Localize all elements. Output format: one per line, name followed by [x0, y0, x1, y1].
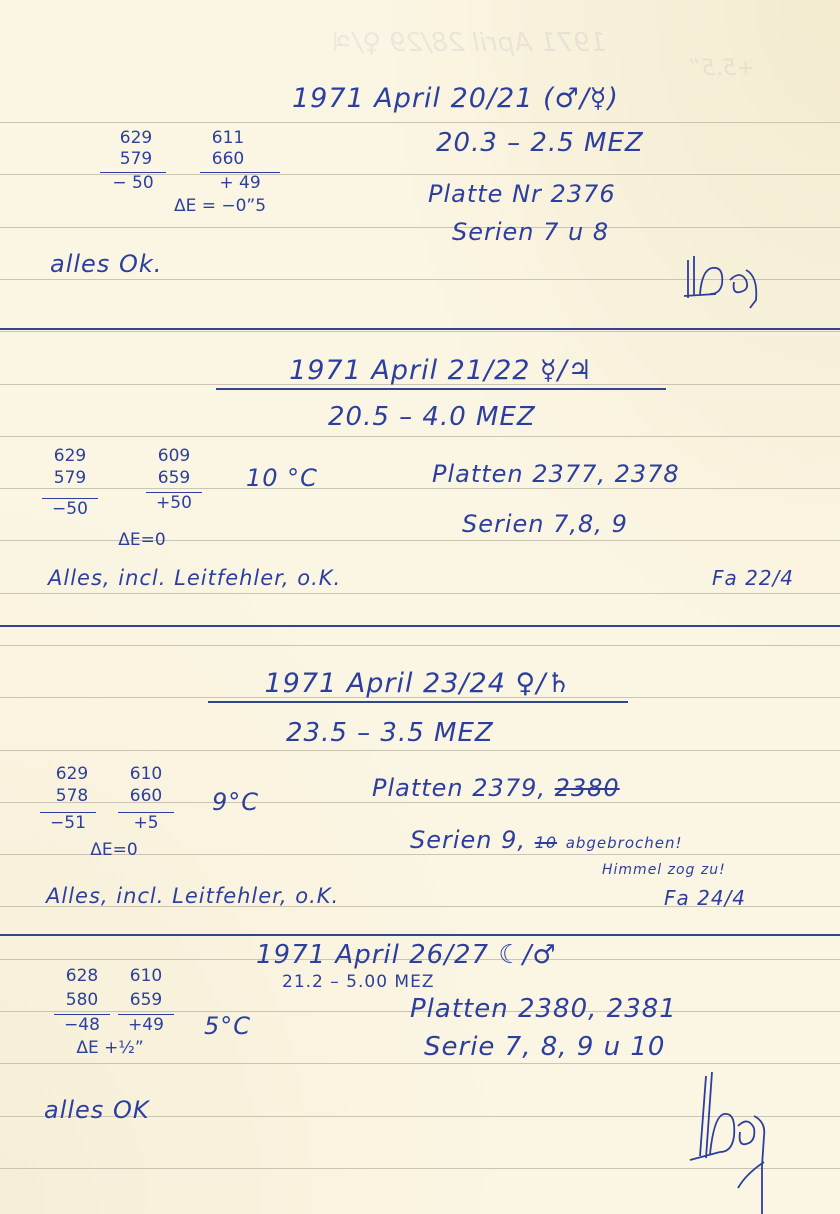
plate-number-text: Platten 2379, [372, 774, 546, 802]
plate-number: Platten 2380, 2381 [410, 994, 677, 1024]
entry-remark: Alles, incl. Leitfehler, o.K. [48, 566, 341, 590]
ruled-line [0, 593, 840, 594]
calc-value: 611 [200, 128, 256, 149]
series-list: Serien 7,8, 9 [462, 510, 628, 538]
temperature: 9°C [212, 788, 259, 816]
notebook-page: 1971 April 28/29 ♀/♃ +5.5” 1971 April 20… [0, 0, 840, 1214]
entry-remark: alles OK [44, 1096, 150, 1124]
entry-divider [0, 328, 840, 330]
plate-number: Platten 2377, 2378 [432, 460, 680, 488]
delta-e: ΔE +½” [70, 1038, 150, 1059]
entry-time: 21.2 – 5.00 MEZ [282, 972, 434, 992]
calc-value: 659 [146, 468, 202, 489]
calc-value: 610 [118, 764, 174, 785]
calc-value: +49 [118, 1014, 174, 1036]
calc-value: + 49 [200, 172, 280, 194]
calc-value: 578 [44, 786, 100, 807]
ruled-line [0, 436, 840, 437]
entry-time: 20.5 – 4.0 MEZ [328, 402, 536, 432]
ruled-line [0, 645, 840, 646]
calc-value: 610 [118, 966, 174, 987]
calc-value: +5 [118, 812, 174, 834]
delta-e: ΔE = −0”5 [150, 196, 290, 217]
signature-initials: Fa 24/4 [664, 886, 746, 910]
ruled-line [0, 227, 840, 228]
series-text: Serien 9, [410, 826, 526, 854]
calc-value: 660 [118, 786, 174, 807]
calc-value: 629 [42, 446, 98, 467]
bleed-through-text: +5.5” [690, 56, 755, 81]
signature-icon [680, 250, 770, 310]
temperature: 10 °C [246, 464, 318, 492]
ruled-line [0, 1063, 840, 1064]
weather-note: Himmel zog zu! [602, 862, 726, 878]
calc-value: − 50 [100, 172, 166, 194]
temperature: 5°C [204, 1012, 251, 1040]
calc-value: 579 [42, 468, 98, 489]
calc-value: −51 [40, 812, 96, 834]
ruled-line [0, 331, 840, 332]
entry-title: 1971 April 21/22 ☿/♃ [216, 355, 666, 390]
delta-e: ΔE=0 [102, 530, 182, 551]
series-struck: 10 [535, 833, 557, 852]
calc-value: 629 [108, 128, 164, 149]
plate-number: Platten 2379, 2380 [372, 774, 620, 802]
calc-value: 580 [54, 990, 110, 1011]
calc-value: 609 [146, 446, 202, 467]
calc-value: +50 [146, 492, 202, 514]
ruled-line [0, 750, 840, 751]
signature-initials: Fa 22/4 [712, 566, 794, 590]
entry-time: 23.5 – 3.5 MEZ [286, 718, 494, 748]
calc-value: 660 [200, 149, 256, 170]
series-list: Serien 9, 10 abgebrochen! [410, 826, 683, 854]
entry-divider [0, 934, 840, 936]
calc-value: 579 [108, 149, 164, 170]
entry-title: 1971 April 20/21 (♂/☿) [292, 83, 619, 114]
abort-note: abgebrochen! [566, 834, 683, 852]
calc-value: 659 [118, 990, 174, 1011]
entry-divider [0, 625, 840, 627]
series-list: Serien 7 u 8 [452, 218, 609, 246]
entry-remark: alles Ok. [50, 250, 162, 278]
series-list: Serie 7, 8, 9 u 10 [424, 1032, 665, 1062]
ruled-line [0, 488, 840, 489]
entry-title: 1971 April 23/24 ♀/♄ [208, 668, 628, 703]
calc-value: −48 [54, 1014, 110, 1036]
bleed-through-text: 1971 April 28/29 ♀/♃ [330, 28, 606, 58]
calc-value: −50 [42, 498, 98, 520]
entry-remark: Alles, incl. Leitfehler, o.K. [46, 884, 339, 908]
ruled-line [0, 122, 840, 123]
calc-value: 629 [44, 764, 100, 785]
delta-e: ΔE=0 [74, 840, 154, 861]
plate-number-struck: 2380 [555, 774, 620, 802]
entry-time: 20.3 – 2.5 MEZ [436, 128, 644, 158]
signature-icon [680, 1066, 780, 1214]
calc-value: 628 [54, 966, 110, 987]
entry-title: 1971 April 26/27 ☾/♂ [256, 940, 557, 970]
plate-number: Platte Nr 2376 [428, 180, 616, 208]
